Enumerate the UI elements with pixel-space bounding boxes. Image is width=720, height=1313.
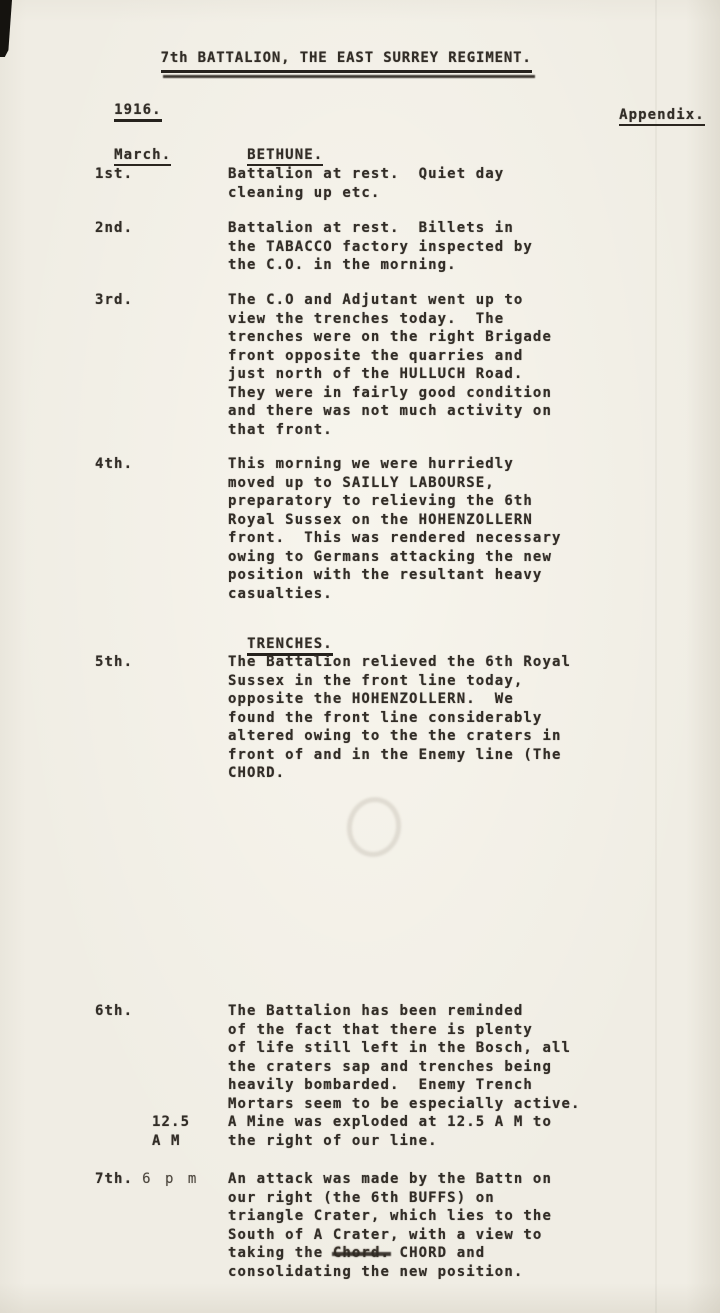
paper-crease bbox=[655, 0, 657, 1313]
entry-text-line: the craters sap and trenches being bbox=[228, 1058, 581, 1077]
entry-text-line: altered owing to the the craters in bbox=[228, 727, 571, 746]
entry-text-line: opposite the HOHENZOLLERN. We bbox=[228, 690, 571, 709]
entry-text-line: of the fact that there is plenty bbox=[228, 1021, 581, 1040]
entry-text-line: consolidating the new position. bbox=[228, 1263, 552, 1282]
entry-day-label: 6th. bbox=[95, 1003, 133, 1019]
entry-text-line: South of A Crater, with a view to bbox=[228, 1226, 552, 1245]
entry-day-cell: 6th.12.5A M bbox=[95, 1002, 228, 1021]
entry-day-cell: 3rd. bbox=[95, 291, 228, 310]
entry-text-line: Battalion at rest. Quiet day bbox=[228, 165, 504, 184]
diary-entry: 7th.6 p mAn attack was made by the Battn… bbox=[95, 1170, 552, 1281]
diary-entry: 2nd.Battalion at rest. Billets inthe TAB… bbox=[95, 219, 533, 275]
entry-text-line: trenches were on the right Brigade bbox=[228, 328, 552, 347]
entry-text-line: the right of our line. bbox=[228, 1132, 581, 1151]
entry-text-line: casualties. bbox=[228, 585, 562, 604]
entry-text-line: Mortars seem to be especially active. bbox=[228, 1095, 581, 1114]
entry-time-sublabel: 12.5A M bbox=[152, 1113, 190, 1150]
entry-text-line: This morning we were hurriedly bbox=[228, 455, 562, 474]
entry-time-label: 6 p m bbox=[142, 1171, 199, 1187]
entry-text-line: Royal Sussex on the HOHENZOLLERN bbox=[228, 511, 562, 530]
entry-text-line: heavily bombarded. Enemy Trench bbox=[228, 1076, 581, 1095]
entry-text-line: that front. bbox=[228, 421, 552, 440]
diary-entry: 3rd.The C.O and Adjutant went up toview … bbox=[95, 291, 552, 439]
page-title: 7th BATTALION, THE EAST SURREY REGIMENT. bbox=[142, 30, 532, 73]
entry-day-cell: 2nd. bbox=[95, 219, 228, 238]
entry-text-line: front of and in the Enemy line (The bbox=[228, 746, 571, 765]
entry-text: The Battalion has been remindedof the fa… bbox=[228, 1002, 581, 1150]
diary-entry: 4th.This morning we were hurriedlymoved … bbox=[95, 455, 562, 603]
entry-text-line: our right (the 6th BUFFS) on bbox=[228, 1189, 552, 1208]
diary-entry: 6th.12.5A MThe Battalion has been remind… bbox=[95, 1002, 581, 1150]
entry-text-line: CHORD. bbox=[228, 764, 571, 783]
entry-text-line: the TABACCO factory inspected by bbox=[228, 238, 533, 257]
diary-entry: 5th.The Battalion relieved the 6th Royal… bbox=[95, 653, 571, 783]
entry-text-line: the C.O. in the morning. bbox=[228, 256, 533, 275]
entry-text-line: Sussex in the front line today, bbox=[228, 672, 571, 691]
entry-day-label: 1st. bbox=[95, 166, 133, 182]
entry-text-line: front. This was rendered necessary bbox=[228, 529, 562, 548]
entry-day-label: 7th. bbox=[95, 1171, 133, 1187]
entry-day-cell: 7th.6 p m bbox=[95, 1170, 228, 1189]
entry-text-line: triangle Crater, which lies to the bbox=[228, 1207, 552, 1226]
entry-text: The C.O and Adjutant went up toview the … bbox=[228, 291, 552, 439]
entry-text-line: position with the resultant heavy bbox=[228, 566, 562, 585]
entry-day-label: 5th. bbox=[95, 654, 133, 670]
entry-text-line: An attack was made by the Battn on bbox=[228, 1170, 552, 1189]
entry-day-label: 3rd. bbox=[95, 292, 133, 308]
entry-day-label: 2nd. bbox=[95, 220, 133, 236]
entry-text-line: taking the Chord. CHORD and bbox=[228, 1244, 552, 1263]
entry-text: The Battalion relieved the 6th RoyalSuss… bbox=[228, 653, 571, 783]
year-heading: 1916. bbox=[95, 82, 162, 119]
entry-text-line: view the trenches today. The bbox=[228, 310, 552, 329]
scan-corner-mark bbox=[0, 0, 12, 57]
entry-text-line: preparatory to relieving the 6th bbox=[228, 492, 562, 511]
struck-out-text: Chord. bbox=[333, 1245, 390, 1261]
location-heading: BETHUNE. bbox=[228, 127, 323, 164]
appendix-heading: Appendix. bbox=[600, 87, 705, 124]
entry-text-line: just north of the HULLUCH Road. bbox=[228, 365, 552, 384]
entry-text-line: They were in fairly good condition bbox=[228, 384, 552, 403]
entry-day-cell: 4th. bbox=[95, 455, 228, 474]
entry-text-line: Battalion at rest. Billets in bbox=[228, 219, 533, 238]
entry-text-line: of life still left in the Bosch, all bbox=[228, 1039, 581, 1058]
entry-text: Battalion at rest. Quiet daycleaning up … bbox=[228, 165, 504, 202]
faint-stamp-artifact bbox=[342, 793, 406, 861]
entry-text-line: The Battalion has been reminded bbox=[228, 1002, 581, 1021]
entry-text: This morning we were hurriedlymoved up t… bbox=[228, 455, 562, 603]
entry-text-line: front opposite the quarries and bbox=[228, 347, 552, 366]
entry-text-line: owing to Germans attacking the new bbox=[228, 548, 562, 567]
month-heading: March. bbox=[95, 127, 171, 164]
entry-text: Battalion at rest. Billets inthe TABACCO… bbox=[228, 219, 533, 275]
section-heading: TRENCHES. bbox=[228, 616, 333, 653]
entry-text: An attack was made by the Battn onour ri… bbox=[228, 1170, 552, 1281]
page-title-text: 7th BATTALION, THE EAST SURREY REGIMENT. bbox=[161, 49, 532, 74]
entry-day-label: 4th. bbox=[95, 456, 133, 472]
diary-entry: 1st.Battalion at rest. Quiet daycleaning… bbox=[95, 165, 504, 202]
entry-day-cell: 1st. bbox=[95, 165, 228, 184]
entry-text-line: The C.O and Adjutant went up to bbox=[228, 291, 552, 310]
entry-text-line: A Mine was exploded at 12.5 A M to bbox=[228, 1113, 581, 1132]
entry-text-line: cleaning up etc. bbox=[228, 184, 504, 203]
entry-text-line: and there was not much activity on bbox=[228, 402, 552, 421]
entry-day-cell: 5th. bbox=[95, 653, 228, 672]
entry-text-line: The Battalion relieved the 6th Royal bbox=[228, 653, 571, 672]
entry-text-line: moved up to SAILLY LABOURSE, bbox=[228, 474, 562, 493]
entry-text-line: found the front line considerably bbox=[228, 709, 571, 728]
